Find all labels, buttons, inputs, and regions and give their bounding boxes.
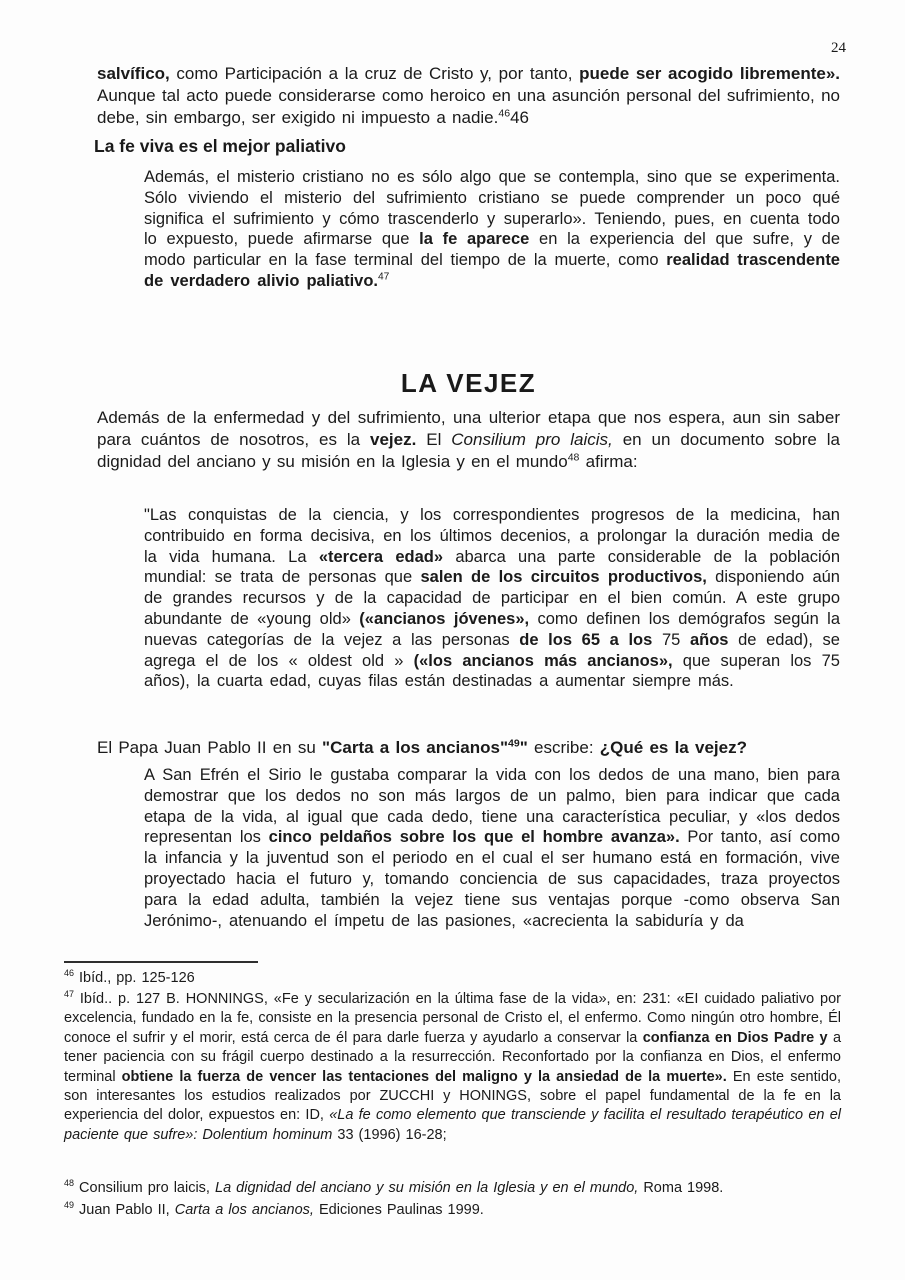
document-page: 24 salvífico, como Participación a la cr… (0, 0, 905, 1280)
paragraph-papa-juan-pablo: El Papa Juan Pablo II en su "Carta a los… (97, 737, 840, 759)
section-heading-la-fe-viva: La fe viva es el mejor paliativo (94, 136, 837, 157)
footnote-48: 48 Consilium pro laicis, La dignidad del… (64, 1179, 841, 1198)
paragraph-salvifico: salvífico, como Participación a la cruz … (97, 63, 840, 129)
footnote-separator (64, 961, 258, 963)
quote-las-conquistas: "Las conquistas de la ciencia, y los cor… (144, 505, 840, 692)
footnote-46: 46 Ibíd., pp. 125-126 (64, 969, 841, 988)
footnote-47: 47 Ibíd.. p. 127 B. HONNINGS, «Fe y secu… (64, 990, 841, 1145)
paragraph-san-efren: A San Efrén el Sirio le gustaba comparar… (144, 765, 840, 931)
page-number: 24 (831, 40, 846, 57)
chapter-heading-la-vejez: LA VEJEZ (97, 368, 840, 398)
footnote-49: 49 Juan Pablo II, Carta a los ancianos, … (64, 1201, 841, 1220)
paragraph-vejez-intro: Además de la enfermedad y del sufrimient… (97, 407, 840, 473)
paragraph-misterio-cristiano: Además, el misterio cristiano no es sólo… (144, 167, 840, 292)
